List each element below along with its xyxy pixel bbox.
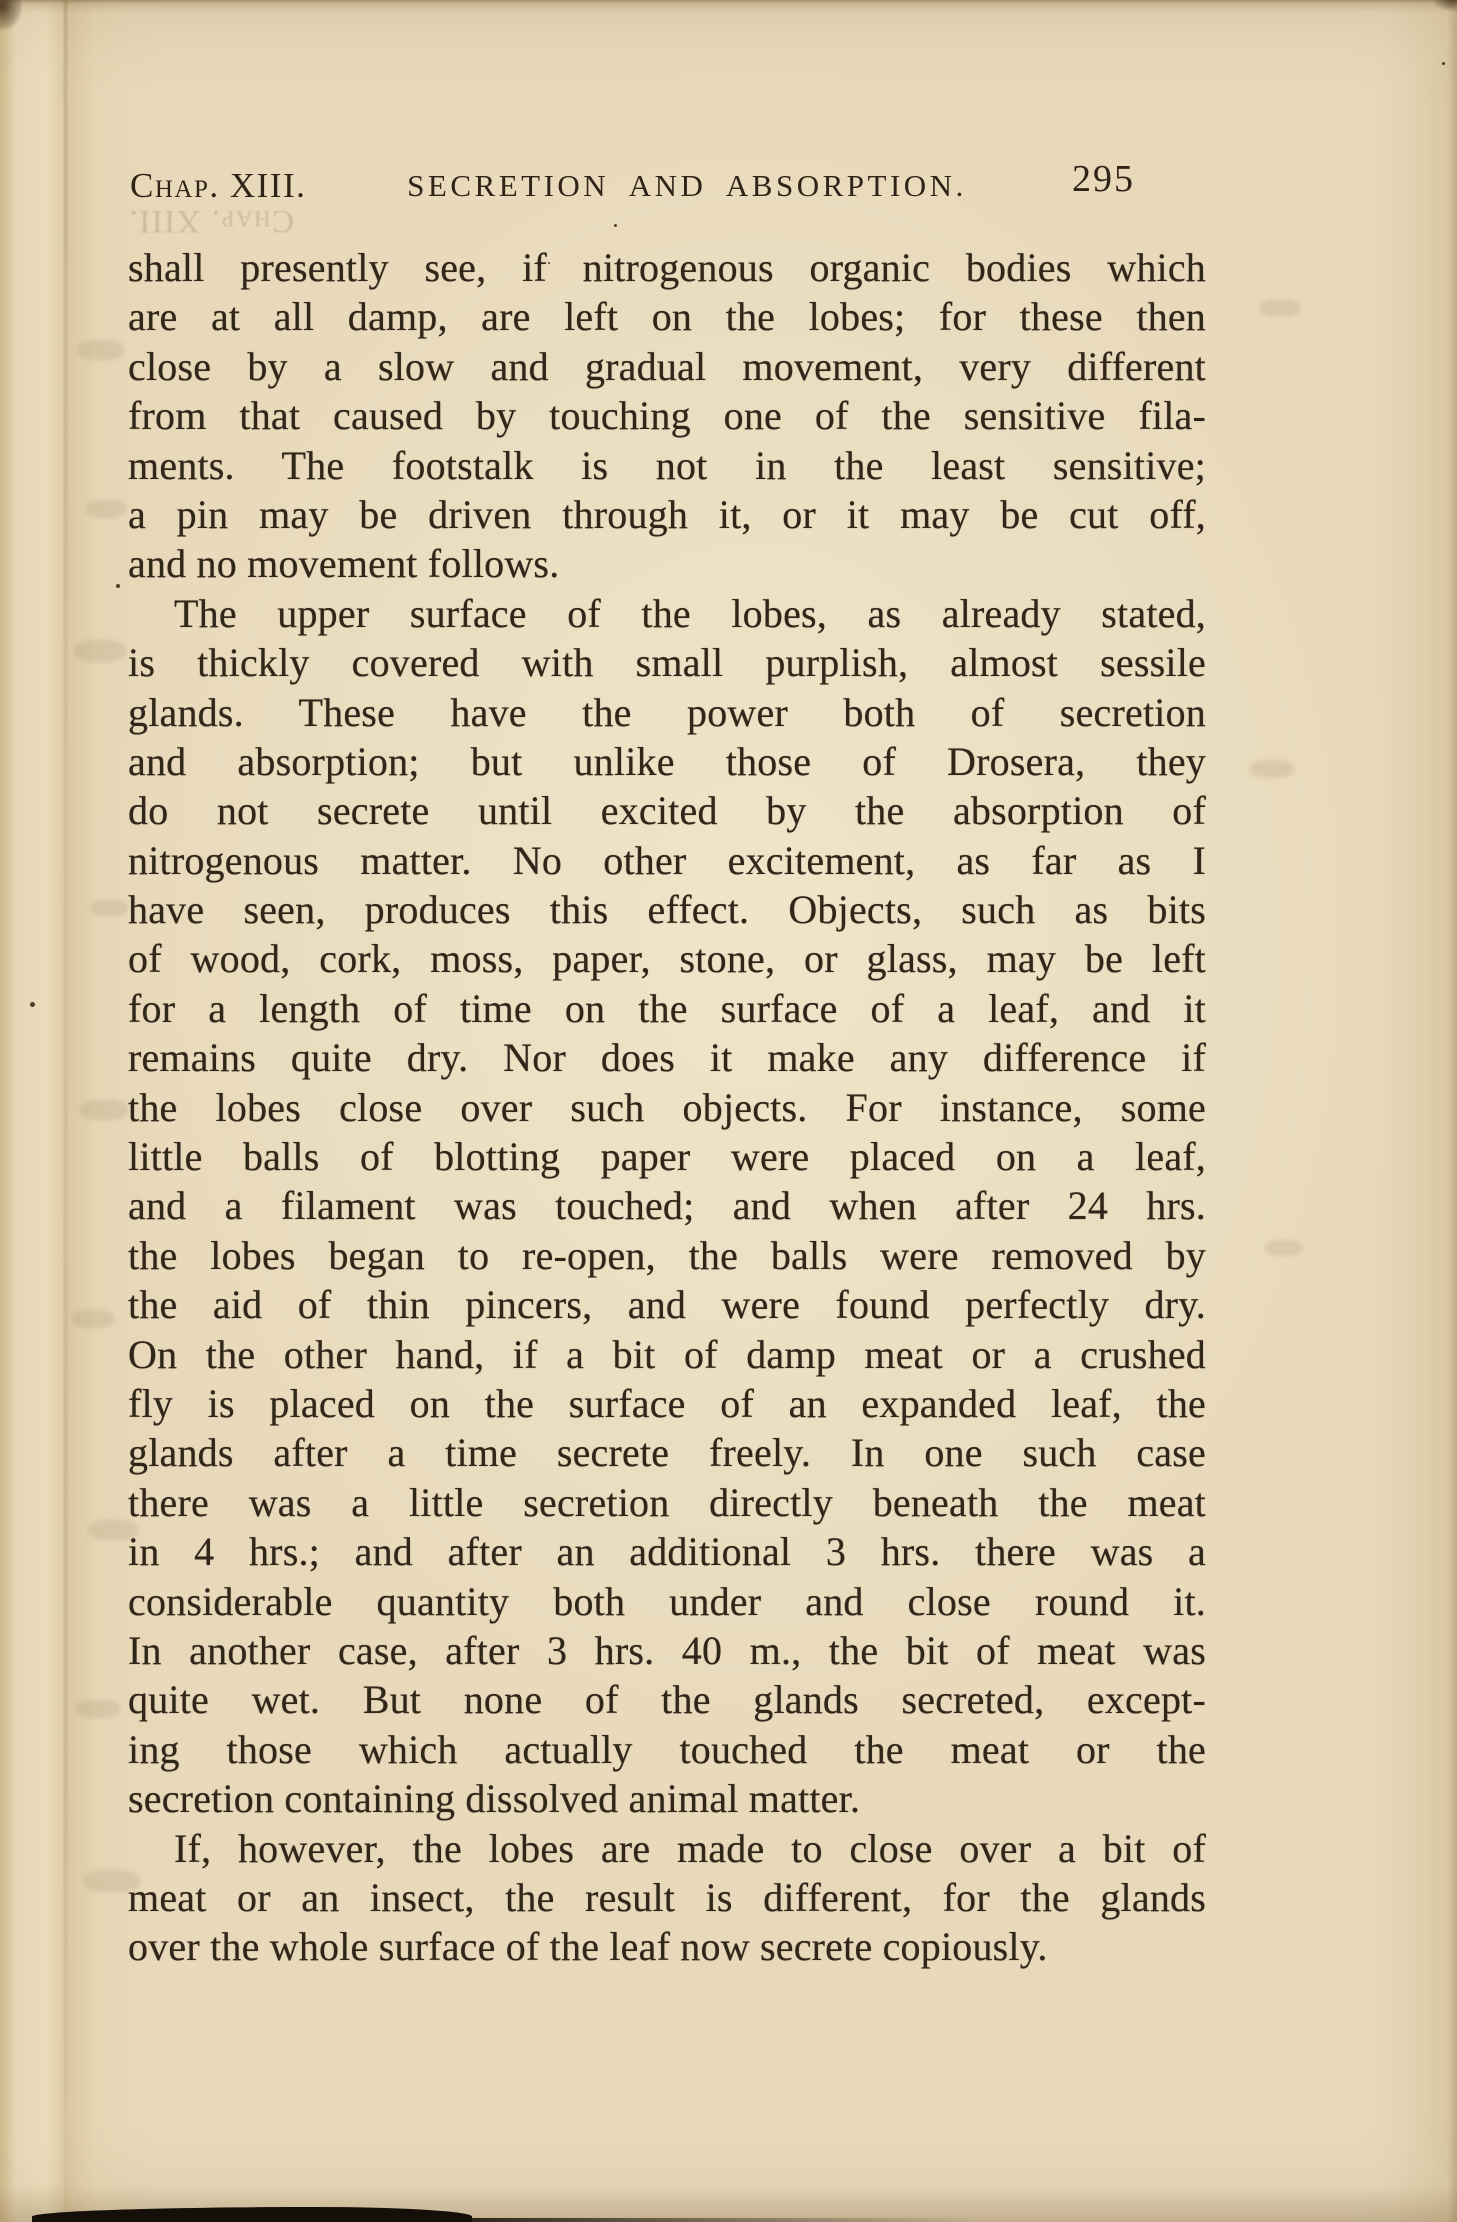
- text-line: is thickly covered with small purplish, …: [128, 638, 1206, 687]
- text-line: ing those which actually touched the mea…: [128, 1725, 1206, 1774]
- page-number: 295: [1072, 160, 1135, 198]
- text-line: there was a little secretion directly be…: [128, 1478, 1206, 1527]
- text-line: close by a slow and gradual movement, ve…: [128, 342, 1206, 391]
- text-line: the lobes began to re-open, the balls we…: [128, 1231, 1206, 1280]
- text-line: If, however, the lobes are made to close…: [128, 1824, 1206, 1873]
- text-line: do not secrete until excited by the abso…: [128, 786, 1206, 835]
- text-line: in 4 hrs.; and after an additional 3 hrs…: [128, 1527, 1206, 1576]
- ink-speck: [30, 1002, 35, 1007]
- text-line: quite wet. But none of the glands secret…: [128, 1675, 1206, 1724]
- ink-speck: [1442, 62, 1445, 65]
- text-line: secretion containing dissolved animal ma…: [128, 1774, 1206, 1823]
- left-fold-crease: [64, 0, 67, 2222]
- text-line: The upper surface of the lobes, as alrea…: [128, 589, 1206, 638]
- text-line: a pin may be driven through it, or it ma…: [128, 490, 1206, 539]
- text-line: the lobes close over such objects. For i…: [128, 1083, 1206, 1132]
- text-line: little balls of blotting paper were plac…: [128, 1132, 1206, 1181]
- bleedthrough-smudge: [1250, 760, 1294, 778]
- text-line: have seen, produces this effect. Objects…: [128, 885, 1206, 934]
- text-line: remains quite dry. Nor does it make any …: [128, 1033, 1206, 1082]
- bleedthrough-smudge: [90, 900, 128, 916]
- page-top-edge-shadow: [0, 0, 1457, 14]
- bleedthrough-smudge: [1265, 1240, 1303, 1256]
- text-line: the aid of thin pincers, and were found …: [128, 1280, 1206, 1329]
- top-left-corner-mark: [0, 0, 22, 30]
- text-line: glands after a time secrete freely. In o…: [128, 1428, 1206, 1477]
- text-line: and a filament was touched; and when aft…: [128, 1181, 1206, 1230]
- text-line: glands. These have the power both of sec…: [128, 688, 1206, 737]
- bleedthrough-smudge: [80, 1100, 128, 1120]
- bleedthrough-smudge: [1260, 300, 1300, 316]
- running-title: SECRETION AND ABSORPTION.: [148, 170, 1226, 201]
- text-line: fly is placed on the surface of an expan…: [128, 1379, 1206, 1428]
- text-line: ments. The footstalk is not in the least…: [128, 441, 1206, 490]
- text-line: are at all damp, are left on the lobes; …: [128, 292, 1206, 341]
- text-line: for a length of time on the surface of a…: [128, 984, 1206, 1033]
- text-line: meat or an insect, the result is differe…: [128, 1873, 1206, 1922]
- bleedthrough-smudge: [78, 340, 124, 360]
- bleedthrough-smudge: [74, 640, 126, 662]
- text-line: and no movement follows.: [128, 539, 1206, 588]
- text-line: shall presently see, if nitrogenous orga…: [128, 243, 1206, 292]
- text-line: In another case, after 3 hrs. 40 m., the…: [128, 1626, 1206, 1675]
- text-line: of wood, cork, moss, paper, stone, or gl…: [128, 934, 1206, 983]
- text-line: and absorption; but unlike those of Dros…: [128, 737, 1206, 786]
- bleedthrough-smudge: [76, 1700, 120, 1718]
- page-right-edge-shadow: [1447, 0, 1457, 2222]
- bottom-page-edge-line: [420, 2218, 980, 2222]
- text-line: considerable quantity both under and clo…: [128, 1577, 1206, 1626]
- ink-speck: [548, 262, 550, 264]
- body-text: shall presently see, if nitrogenous orga…: [128, 243, 1206, 1972]
- text-line: from that caused by touching one of the …: [128, 391, 1206, 440]
- scanned-book-page: Chap. XIII. Chap. XIII. SECRETION AND AB…: [0, 0, 1457, 2222]
- bleedthrough-smudge: [86, 500, 126, 518]
- bleedthrough-chapter-ghost: Chap. XIII.: [128, 204, 294, 237]
- bleedthrough-smudge: [72, 1310, 114, 1328]
- text-line: over the whole surface of the leaf now s…: [128, 1922, 1206, 1971]
- text-line: On the other hand, if a bit of damp meat…: [128, 1330, 1206, 1379]
- ink-speck: [116, 584, 120, 588]
- text-line: nitrogenous matter. No other excitement,…: [128, 836, 1206, 885]
- ink-speck: [614, 224, 617, 227]
